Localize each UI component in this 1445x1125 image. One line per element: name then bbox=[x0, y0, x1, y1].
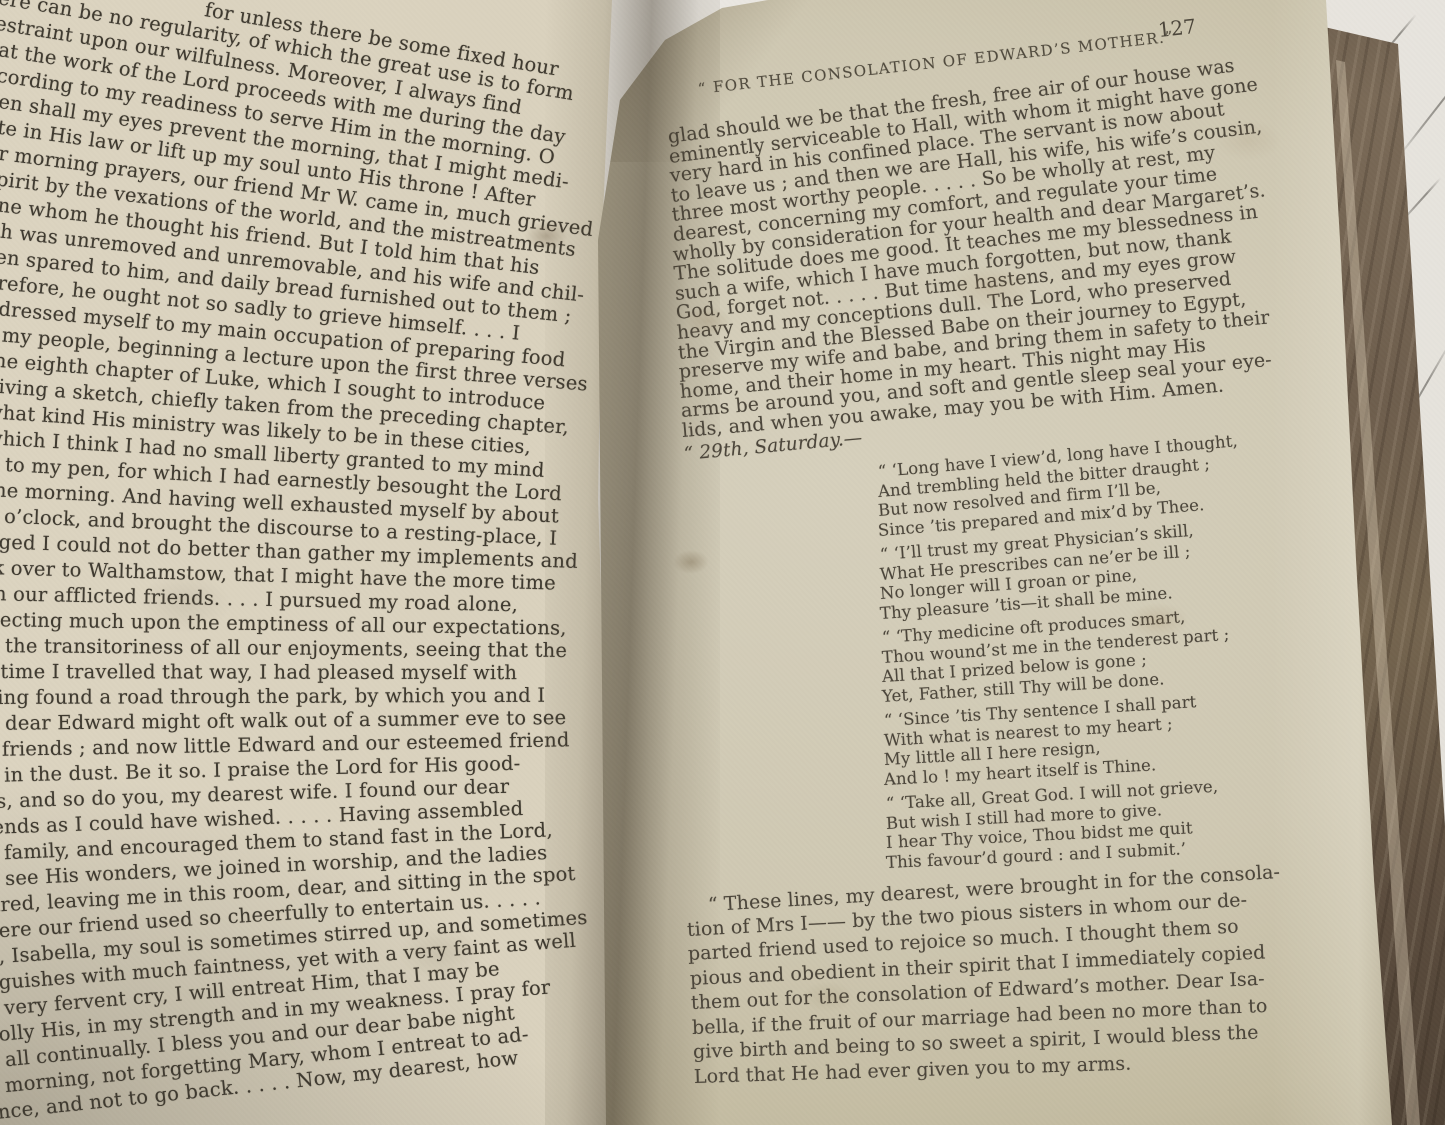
text-line: d the transitoriness of all our enjoymen… bbox=[0, 634, 567, 662]
open-book-photo: for unless there be some fixed hourhere … bbox=[0, 0, 1445, 1125]
page-number: 127 bbox=[1157, 14, 1197, 42]
text-line: t time I travelled that way, I had pleas… bbox=[0, 660, 517, 684]
text-line: ving found a road through the park, by w… bbox=[0, 684, 545, 709]
